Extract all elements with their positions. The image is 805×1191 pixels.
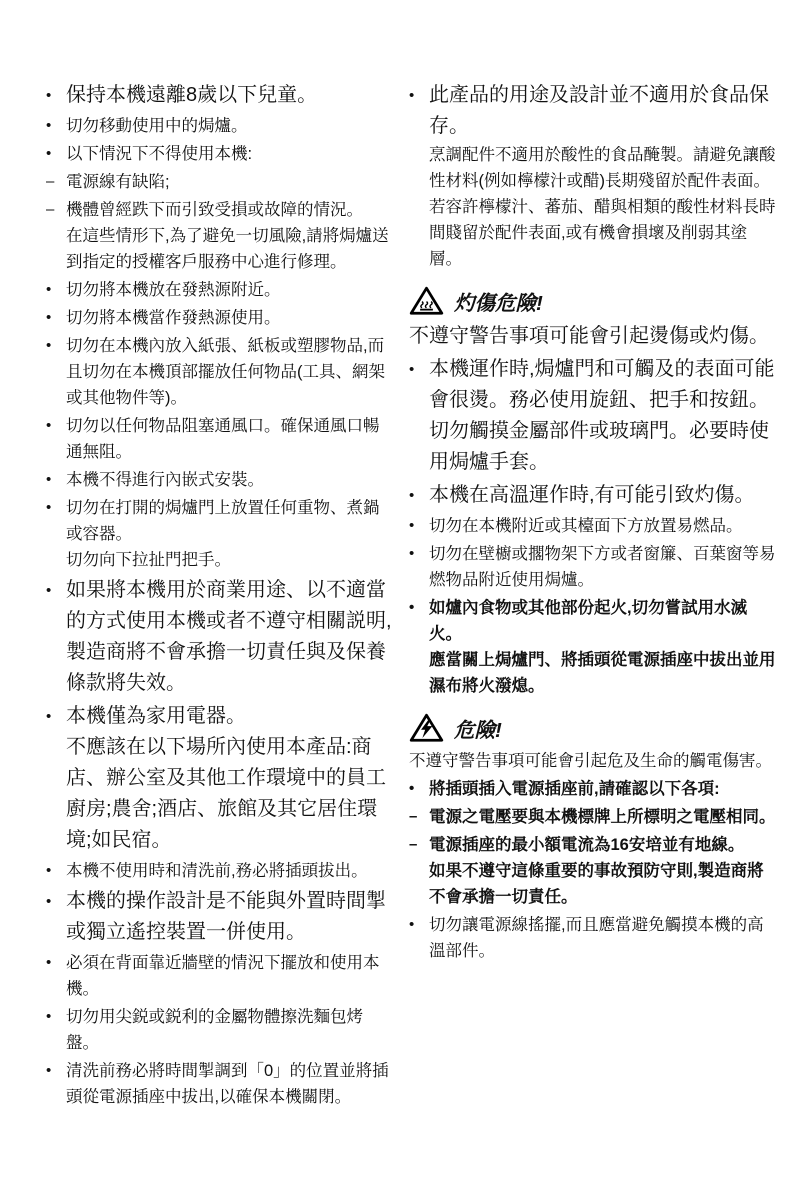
bullet-marker: • — [46, 80, 66, 111]
item-text: 切勿移動使用中的焗爐。 — [66, 117, 248, 135]
bullet-marker: • — [46, 113, 66, 139]
item-text: 必須在背面靠近牆壁的情況下擺放和使用本機。 — [66, 954, 380, 998]
column-left: •保持本機遠離8歲以下兒童。•切勿移動使用中的焗爐。•以下情況下不得使用本機:–… — [46, 78, 393, 1112]
list-item: •切勿以任何物品阻塞通風口。確保通風口暢通無阻。 — [46, 413, 393, 465]
list-item: •保持本機遠離8歲以下兒童。 — [46, 80, 393, 111]
item-text: 機體曾經跌下而引致受損或故障的情況。 — [66, 201, 363, 219]
bullet-marker: • — [46, 886, 66, 948]
item-text: 本機的操作設計是不能與外置時間掣或獨立遙控裝置一併使用。 — [66, 890, 386, 943]
item-text-wrap: 以下情況下不得使用本機: — [66, 141, 393, 167]
item-text-wrap: 切勿在本機內放入紙張、紙板或塑膠物品,而且切勿在本機頂部擺放任何物品(工具、網架… — [66, 333, 393, 411]
list-item: •切勿用尖鋭或鋭利的金屬物體擦洗麵包烤盤。 — [46, 1004, 393, 1056]
bullet-marker: • — [46, 333, 66, 411]
bullet-marker: • — [46, 1004, 66, 1056]
dash-marker: – — [46, 197, 66, 275]
bullet-marker: • — [46, 467, 66, 493]
bullet-marker: • — [409, 354, 429, 478]
item-text-wrap: 切勿在壁櫥或擱物架下方或者窗簾、百葉窗等易燃物品附近使用焗爐。 — [429, 541, 779, 593]
item-text: 切勿在本機附近或其檯面下方放置易燃品。 — [429, 517, 743, 535]
item-text-wrap: 將插頭插入電源插座前,請確認以下各項: — [429, 776, 779, 802]
bullet-marker: • — [409, 513, 429, 539]
item-text-wrap: 切勿用尖鋭或鋭利的金屬物體擦洗麵包烤盤。 — [66, 1004, 393, 1056]
item-text: 本機僅為家用電器。 — [66, 705, 246, 727]
list-item: •如爐內食物或其他部份起火,切勿嘗試用水滅火。應當關上焗爐門、將插頭從電源插座中… — [409, 595, 779, 699]
bullet-marker: • — [409, 776, 429, 802]
item-text: 切勿將本機放在發熱源附近。 — [66, 281, 281, 299]
item-text-wrap: 電源之電壓要與本機標牌上所標明之電壓相同。 — [429, 804, 779, 830]
list-item: •本機不使用時和清洗前,務必將插頭拔出。 — [46, 858, 393, 884]
item-text: 如果將本機用於商業用途、以不適當的方式使用本機或者不遵守相關説明,製造商將不會承… — [66, 579, 392, 694]
item-text: 本機不使用時和清洗前,務必將插頭拔出。 — [66, 862, 368, 880]
item-text-wrap: 如爐內食物或其他部份起火,切勿嘗試用水滅火。應當關上焗爐門、將插頭從電源插座中拔… — [429, 595, 779, 699]
item-text: 此產品的用途及設計並不適用於食品保存。 — [429, 84, 769, 137]
item-text: 電源插座的最小額電流為16安培並有地線。 — [429, 836, 744, 854]
item-text-wrap: 切勿在打開的焗爐門上放置任何重物、煮鍋或容器。切勿向下拉扯門把手。 — [66, 495, 393, 573]
bullet-marker: • — [409, 80, 429, 272]
list-item: –機體曾經跌下而引致受損或故障的情況。在這些情形下,為了避免一切風險,請將焗爐送… — [46, 197, 393, 275]
dash-marker: – — [46, 169, 66, 195]
item-text-wrap: 本機的操作設計是不能與外置時間掣或獨立遙控裝置一併使用。 — [66, 886, 393, 948]
item-text-wrap: 切勿將本機放在發熱源附近。 — [66, 277, 393, 303]
item-text: 不遵守警告事項可能會引起燙傷或灼傷。 — [409, 325, 769, 347]
warning-heading-title: 危險! — [454, 713, 502, 743]
warning-heading: 灼傷危險! — [409, 285, 779, 316]
bullet-marker: • — [46, 950, 66, 1002]
list-item: •切勿在本機附近或其檯面下方放置易燃品。 — [409, 513, 779, 539]
item-text-wrap: 電源線有缺陷; — [66, 169, 393, 195]
electric-shock-warning-icon — [409, 712, 444, 743]
bullet-marker: • — [46, 495, 66, 573]
dash-marker: – — [409, 804, 429, 830]
item-text-wrap: 機體曾經跌下而引致受損或故障的情況。在這些情形下,為了避免一切風險,請將焗爐送到… — [66, 197, 393, 275]
item-text: 電源線有缺陷; — [66, 173, 170, 191]
list-item: •本機在高溫運作時,有可能引致灼傷。 — [409, 480, 779, 511]
item-text-wrap: 如果將本機用於商業用途、以不適當的方式使用本機或者不遵守相關説明,製造商將不會承… — [66, 575, 393, 699]
list-item: •將插頭插入電源插座前,請確認以下各項: — [409, 776, 779, 802]
list-item: •本機僅為家用電器。不應該在以下場所內使用本產品:商店、辦公室及其他工作環境中的… — [46, 701, 393, 856]
list-item: •必須在背面靠近牆壁的情況下擺放和使用本機。 — [46, 950, 393, 1002]
bullet-marker: • — [46, 277, 66, 303]
hot-surface-warning-icon — [409, 285, 444, 316]
paragraph: 不遵守警告事項可能會引起燙傷或灼傷。 — [409, 321, 779, 352]
item-continuation-text: 應當關上焗爐門、將插頭從電源插座中拔出並用濕布將火潑熄。 — [429, 647, 779, 699]
item-text: 本機運作時,焗爐門和可觸及的表面可能會很燙。務必使用旋鈕、把手和按鈕。切勿觸摸金… — [429, 358, 775, 473]
bullet-marker: • — [409, 480, 429, 511]
item-continuation-text: 不應該在以下場所內使用本產品:商店、辦公室及其他工作環境中的員工廚房;農舍;酒店… — [66, 732, 393, 856]
item-text-wrap: 切勿將本機當作發熱源使用。 — [66, 305, 393, 331]
manual-page: •保持本機遠離8歲以下兒童。•切勿移動使用中的焗爐。•以下情況下不得使用本機:–… — [0, 0, 805, 1191]
item-text-wrap: 必須在背面靠近牆壁的情況下擺放和使用本機。 — [66, 950, 393, 1002]
item-text-wrap: 本機運作時,焗爐門和可觸及的表面可能會很燙。務必使用旋鈕、把手和按鈕。切勿觸摸金… — [429, 354, 779, 478]
list-item: –電源插座的最小額電流為16安培並有地線。如果不遵守這條重要的事故預防守則,製造… — [409, 832, 779, 910]
item-continuation-text: 如果不遵守這條重要的事故預防守則,製造商將不會承擔一切責任。 — [429, 858, 779, 910]
item-text: 保持本機遠離8歲以下兒童。 — [66, 84, 317, 106]
item-text: 本機不得進行內嵌式安裝。 — [66, 471, 264, 489]
item-text-wrap: 本機僅為家用電器。不應該在以下場所內使用本產品:商店、辦公室及其他工作環境中的員… — [66, 701, 393, 856]
list-item: •以下情況下不得使用本機: — [46, 141, 393, 167]
item-continuation-text: 烹調配件不適用於酸性的食品醃製。請避免讓酸性材料(例如檸檬汁或醋)長期殘留於配件… — [429, 142, 779, 272]
item-text-wrap: 本機在高溫運作時,有可能引致灼傷。 — [429, 480, 779, 511]
item-text: 切勿在本機內放入紙張、紙板或塑膠物品,而且切勿在本機頂部擺放任何物品(工具、網架… — [66, 337, 385, 407]
list-item: •清洗前務必將時間掣調到「0」的位置並將插頭從電源插座中拔出,以確保本機關閉。 — [46, 1058, 393, 1110]
item-text: 切勿將本機當作發熱源使用。 — [66, 309, 281, 327]
item-text: 切勿用尖鋭或鋭利的金屬物體擦洗麵包烤盤。 — [66, 1008, 363, 1052]
item-text-wrap: 切勿在本機附近或其檯面下方放置易燃品。 — [429, 513, 779, 539]
list-item: •切勿將本機當作發熱源使用。 — [46, 305, 393, 331]
item-text: 本機在高溫運作時,有可能引致灼傷。 — [429, 484, 755, 506]
warning-heading: 危險! — [409, 712, 779, 743]
item-text-wrap: 切勿移動使用中的焗爐。 — [66, 113, 393, 139]
list-item: •切勿在打開的焗爐門上放置任何重物、煮鍋或容器。切勿向下拉扯門把手。 — [46, 495, 393, 573]
item-text: 如爐內食物或其他部份起火,切勿嘗試用水滅火。 — [429, 599, 747, 643]
item-text-wrap: 保持本機遠離8歲以下兒童。 — [66, 80, 393, 111]
item-text-wrap: 不遵守警告事項可能會引起危及生命的觸電傷害。 — [409, 748, 779, 774]
bullet-marker: • — [46, 1058, 66, 1110]
bullet-marker: • — [409, 541, 429, 593]
item-text-wrap: 電源插座的最小額電流為16安培並有地線。如果不遵守這條重要的事故預防守則,製造商… — [429, 832, 779, 910]
list-item: •切勿在壁櫥或擱物架下方或者窗簾、百葉窗等易燃物品附近使用焗爐。 — [409, 541, 779, 593]
bullet-marker: • — [46, 575, 66, 699]
list-item: •本機運作時,焗爐門和可觸及的表面可能會很燙。務必使用旋鈕、把手和按鈕。切勿觸摸… — [409, 354, 779, 478]
bullet-marker: • — [46, 858, 66, 884]
item-text: 清洗前務必將時間掣調到「0」的位置並將插頭從電源插座中拔出,以確保本機關閉。 — [66, 1062, 389, 1106]
bullet-marker: • — [46, 413, 66, 465]
list-item: •此產品的用途及設計並不適用於食品保存。烹調配件不適用於酸性的食品醃製。請避免讓… — [409, 80, 779, 272]
two-column-layout: •保持本機遠離8歲以下兒童。•切勿移動使用中的焗爐。•以下情況下不得使用本機:–… — [46, 78, 779, 1112]
list-item: •如果將本機用於商業用途、以不適當的方式使用本機或者不遵守相關説明,製造商將不會… — [46, 575, 393, 699]
item-text: 電源之電壓要與本機標牌上所標明之電壓相同。 — [429, 808, 776, 826]
item-text-wrap: 此產品的用途及設計並不適用於食品保存。烹調配件不適用於酸性的食品醃製。請避免讓酸… — [429, 80, 779, 272]
item-text: 以下情況下不得使用本機: — [66, 145, 252, 163]
item-text-wrap: 清洗前務必將時間掣調到「0」的位置並將插頭從電源插座中拔出,以確保本機關閉。 — [66, 1058, 393, 1110]
item-text: 切勿以任何物品阻塞通風口。確保通風口暢通無阻。 — [66, 417, 380, 461]
list-item: –電源線有缺陷; — [46, 169, 393, 195]
item-text: 切勿在壁櫥或擱物架下方或者窗簾、百葉窗等易燃物品附近使用焗爐。 — [429, 545, 776, 589]
item-text-wrap: 切勿讓電源線搖擺,而且應當避免觸摸本機的高溫部件。 — [429, 912, 779, 964]
paragraph: 不遵守警告事項可能會引起危及生命的觸電傷害。 — [409, 748, 779, 774]
list-item: •切勿在本機內放入紙張、紙板或塑膠物品,而且切勿在本機頂部擺放任何物品(工具、網… — [46, 333, 393, 411]
item-text-wrap: 不遵守警告事項可能會引起燙傷或灼傷。 — [409, 321, 779, 352]
item-continuation-text: 在這些情形下,為了避免一切風險,請將焗爐送到指定的授權客戶服務中心進行修理。 — [66, 223, 393, 275]
bullet-marker: • — [46, 305, 66, 331]
item-continuation-text: 切勿向下拉扯門把手。 — [66, 547, 393, 573]
item-text: 切勿讓電源線搖擺,而且應當避免觸摸本機的高溫部件。 — [429, 916, 764, 960]
bullet-marker: • — [409, 595, 429, 699]
bullet-marker: • — [46, 701, 66, 856]
dash-marker: – — [409, 832, 429, 910]
list-item: –電源之電壓要與本機標牌上所標明之電壓相同。 — [409, 804, 779, 830]
bullet-marker: • — [46, 141, 66, 167]
item-text-wrap: 本機不得進行內嵌式安裝。 — [66, 467, 393, 493]
item-text: 不遵守警告事項可能會引起危及生命的觸電傷害。 — [409, 752, 772, 770]
item-text: 將插頭插入電源插座前,請確認以下各項: — [429, 780, 720, 798]
list-item: •切勿讓電源線搖擺,而且應當避免觸摸本機的高溫部件。 — [409, 912, 779, 964]
list-item: •本機不得進行內嵌式安裝。 — [46, 467, 393, 493]
item-text: 切勿在打開的焗爐門上放置任何重物、煮鍋或容器。 — [66, 499, 380, 543]
item-text-wrap: 切勿以任何物品阻塞通風口。確保通風口暢通無阻。 — [66, 413, 393, 465]
warning-heading-title: 灼傷危險! — [454, 286, 543, 316]
list-item: •切勿移動使用中的焗爐。 — [46, 113, 393, 139]
item-text-wrap: 本機不使用時和清洗前,務必將插頭拔出。 — [66, 858, 393, 884]
list-item: •本機的操作設計是不能與外置時間掣或獨立遙控裝置一併使用。 — [46, 886, 393, 948]
list-item: •切勿將本機放在發熱源附近。 — [46, 277, 393, 303]
bullet-marker: • — [409, 912, 429, 964]
column-right: •此產品的用途及設計並不適用於食品保存。烹調配件不適用於酸性的食品醃製。請避免讓… — [409, 78, 779, 966]
